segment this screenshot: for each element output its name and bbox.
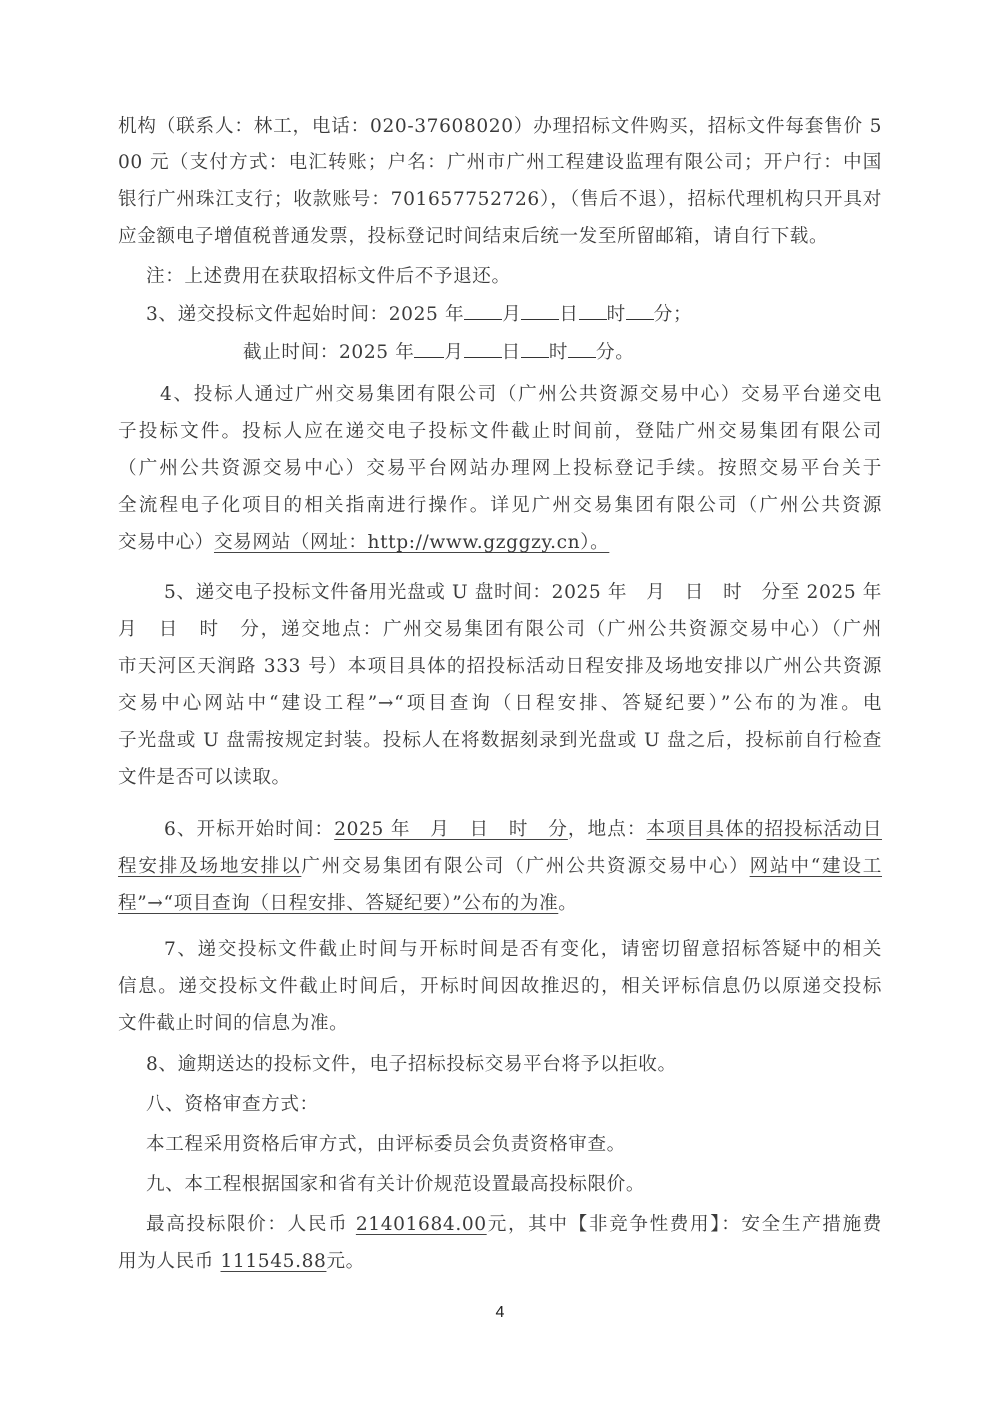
minute-label: 分。 xyxy=(596,342,634,363)
day-label: 日 xyxy=(502,342,521,363)
item4-line-3: （广州公共资源交易中心）交易平台网站办理网上投标登记手续。按照交易平台关于 xyxy=(118,454,882,484)
item4-line-2: 子投标文件。投标人应在递交电子投标文件截止时间前，登陆广州交易集团有限公司 xyxy=(118,417,882,447)
purchase-line-4: 应金额电子增值税普通发票，投标登记时间结束后统一发至所留邮箱，请自行下载。 xyxy=(118,222,882,252)
non-competitive-fee-label: 元，其中【非竞争性费用】：安全生产措施费 xyxy=(487,1214,882,1235)
month-label: 月 xyxy=(502,304,521,325)
bid-opening-label: 6、开标开始时间： xyxy=(164,819,334,840)
start-minute-blank[interactable] xyxy=(626,301,654,320)
location-text: 网站中“建设工 xyxy=(750,856,882,877)
item5-line-1: 5、递交电子投标文件备用光盘或 U 盘时间：2025 年 月 日 时 分至 20… xyxy=(164,578,882,608)
start-time-label: 3、递交投标文件起始时间：2025 年 xyxy=(146,304,464,325)
month-label: 月 xyxy=(444,342,463,363)
end-hour-blank[interactable] xyxy=(521,339,549,358)
location-text: 程”→“项目查询（日程安排、答疑纪要）”公布的为准 xyxy=(118,893,558,914)
currency-unit: 元。 xyxy=(326,1251,364,1272)
item6-line-3: 程”→“项目查询（日程安排、答疑纪要）”公布的为准。 xyxy=(118,889,882,919)
submission-deadline-time: 截止时间：2025 年月日时分。 xyxy=(243,338,1000,368)
purchase-line-1: 机构（联系人：林工，电话：020-37608020）办理招标文件购买，招标文件每… xyxy=(118,112,882,142)
start-day-blank[interactable] xyxy=(521,301,559,320)
safety-fee-label: 用为人民币 xyxy=(118,1251,214,1272)
item5-line-2: 月 日 时 分，递交地点：广州交易集团有限公司（广州公共资源交易中心）（广州 xyxy=(118,615,882,645)
bid-opening-time: 2025 年 月 日 时 分 xyxy=(334,819,568,840)
submission-start-time: 3、递交投标文件起始时间：2025 年月日时分； xyxy=(146,300,910,330)
document-page: 机构（联系人：林工，电话：020-37608020）办理招标文件购买，招标文件每… xyxy=(0,0,1000,1414)
section8-title: 八、资格审查方式： xyxy=(146,1090,910,1120)
item6-line-2: 程安排及场地安排以广州交易集团有限公司（广州公共资源交易中心）网站中“建设工 xyxy=(118,852,882,882)
item6-line-1: 6、开标开始时间：2025 年 月 日 时 分，地点：本项目具体的招投标活动日 xyxy=(164,815,882,845)
purchase-line-3: 银行广州珠江支行；收款账号：701657752726），（售后不退），招标代理机… xyxy=(118,185,882,215)
max-price-value: 21401684.00 xyxy=(356,1214,487,1235)
item5-line-3: 市天河区天润路 333 号）本项目具体的招投标活动日程安排及场地安排以广州公共资… xyxy=(118,652,882,682)
end-month-blank[interactable] xyxy=(414,339,444,358)
organization-name: 广州交易集团有限公司（广州公共资源交易中心） xyxy=(301,856,749,877)
item5-line-5: 子光盘或 U 盘需按规定封装。投标人在将数据刻录到光盘或 U 盘之后，投标前自行… xyxy=(118,726,882,756)
max-price-line-1: 最高投标限价：人民币 21401684.00元，其中【非竞争性费用】：安全生产措… xyxy=(146,1210,882,1240)
item4-last-prefix: 交易中心） xyxy=(118,532,214,553)
end-minute-blank[interactable] xyxy=(568,339,596,358)
start-month-blank[interactable] xyxy=(464,301,502,320)
max-price-label: 最高投标限价：人民币 xyxy=(146,1214,348,1235)
location-label: ，地点： xyxy=(568,819,647,840)
item5-line-6: 文件是否可以读取。 xyxy=(118,763,882,793)
item4-line-5: 交易中心）交易网站（网址：http://www.gzggzy.cn）。 xyxy=(118,528,882,558)
section9-title: 九、本工程根据国家和省有关计价规范设置最高投标限价。 xyxy=(146,1170,910,1200)
item8: 8、逾期送达的投标文件，电子招标投标交易平台将予以拒收。 xyxy=(146,1050,910,1080)
item7-line-2: 信息。递交投标文件截止时间后，开标时间因故推迟的，相关评标信息仍以原递交投标 xyxy=(118,972,882,1002)
item4-line-1: 4、投标人通过广州交易集团有限公司（广州公共资源交易中心）交易平台递交电 xyxy=(160,380,882,410)
location-text: 程安排及场地安排以 xyxy=(118,856,301,877)
trading-website-link[interactable]: 交易网站（网址：http://www.gzggzy.cn）。 xyxy=(214,532,609,553)
period: 。 xyxy=(558,893,577,914)
item5-line-4: 交易中心网站中“建设工程”→“项目查询（日程安排、答疑纪要）”公布的为准。电 xyxy=(118,689,882,719)
purchase-line-2: 00 元（支付方式：电汇转账；户名：广州市广州工程建设监理有限公司；开户行：中国 xyxy=(118,148,882,178)
page-number: 4 xyxy=(0,1304,1000,1322)
end-day-blank[interactable] xyxy=(464,339,502,358)
minute-label: 分； xyxy=(654,304,692,325)
hour-label: 时 xyxy=(607,304,626,325)
item7-line-1: 7、递交投标文件截止时间与开标时间是否有变化，请密切留意招标答疑中的相关 xyxy=(164,935,882,965)
safety-fee-value: 111545.88 xyxy=(221,1251,327,1272)
fee-note: 注：上述费用在获取招标文件后不予退还。 xyxy=(146,262,910,292)
start-hour-blank[interactable] xyxy=(579,301,607,320)
deadline-label: 截止时间：2025 年 xyxy=(243,342,414,363)
max-price-line-2: 用为人民币 111545.88元。 xyxy=(118,1247,882,1277)
section8-body: 本工程采用资格后审方式，由评标委员会负责资格审查。 xyxy=(146,1130,910,1160)
item4-line-4: 全流程电子化项目的相关指南进行操作。详见广州交易集团有限公司（广州公共资源 xyxy=(118,491,882,521)
item7-line-3: 文件截止时间的信息为准。 xyxy=(118,1009,882,1039)
location-text: 本项目具体的招投标活动日 xyxy=(647,819,882,840)
day-label: 日 xyxy=(559,304,578,325)
hour-label: 时 xyxy=(549,342,568,363)
